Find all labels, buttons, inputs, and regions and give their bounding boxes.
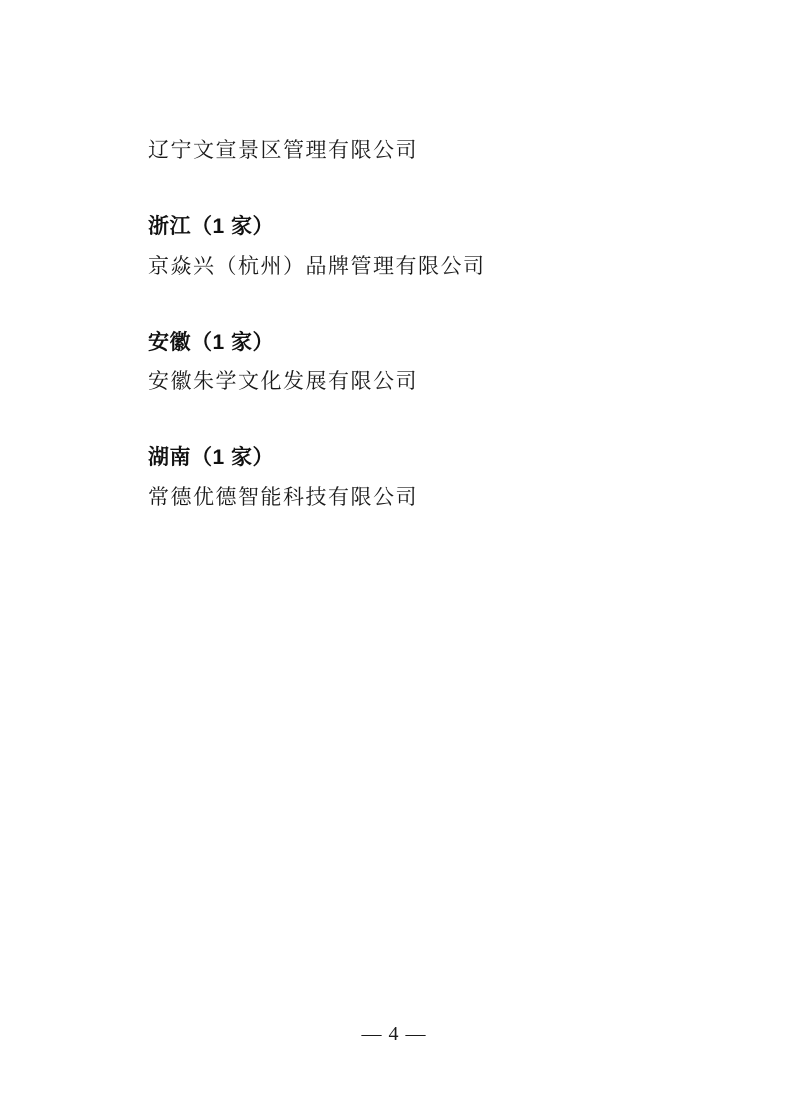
document-body: 辽宁文宣景区管理有限公司 浙江（1 家） 京焱兴（杭州）品牌管理有限公司 安徽（…: [148, 131, 728, 516]
province-heading-hunan: 湖南（1 家）: [148, 439, 728, 478]
province-heading-anhui: 安徽（1 家）: [148, 324, 728, 363]
company-name: 京焱兴（杭州）品牌管理有限公司: [148, 247, 728, 286]
company-name: 安徽朱学文化发展有限公司: [148, 362, 728, 401]
document-page: 辽宁文宣景区管理有限公司 浙江（1 家） 京焱兴（杭州）品牌管理有限公司 安徽（…: [0, 0, 788, 1115]
company-name: 常德优德智能科技有限公司: [148, 478, 728, 517]
company-name-continued: 辽宁文宣景区管理有限公司: [148, 131, 728, 170]
province-heading-zhejiang: 浙江（1 家）: [148, 208, 728, 247]
page-number: — 4 —: [0, 1023, 788, 1046]
